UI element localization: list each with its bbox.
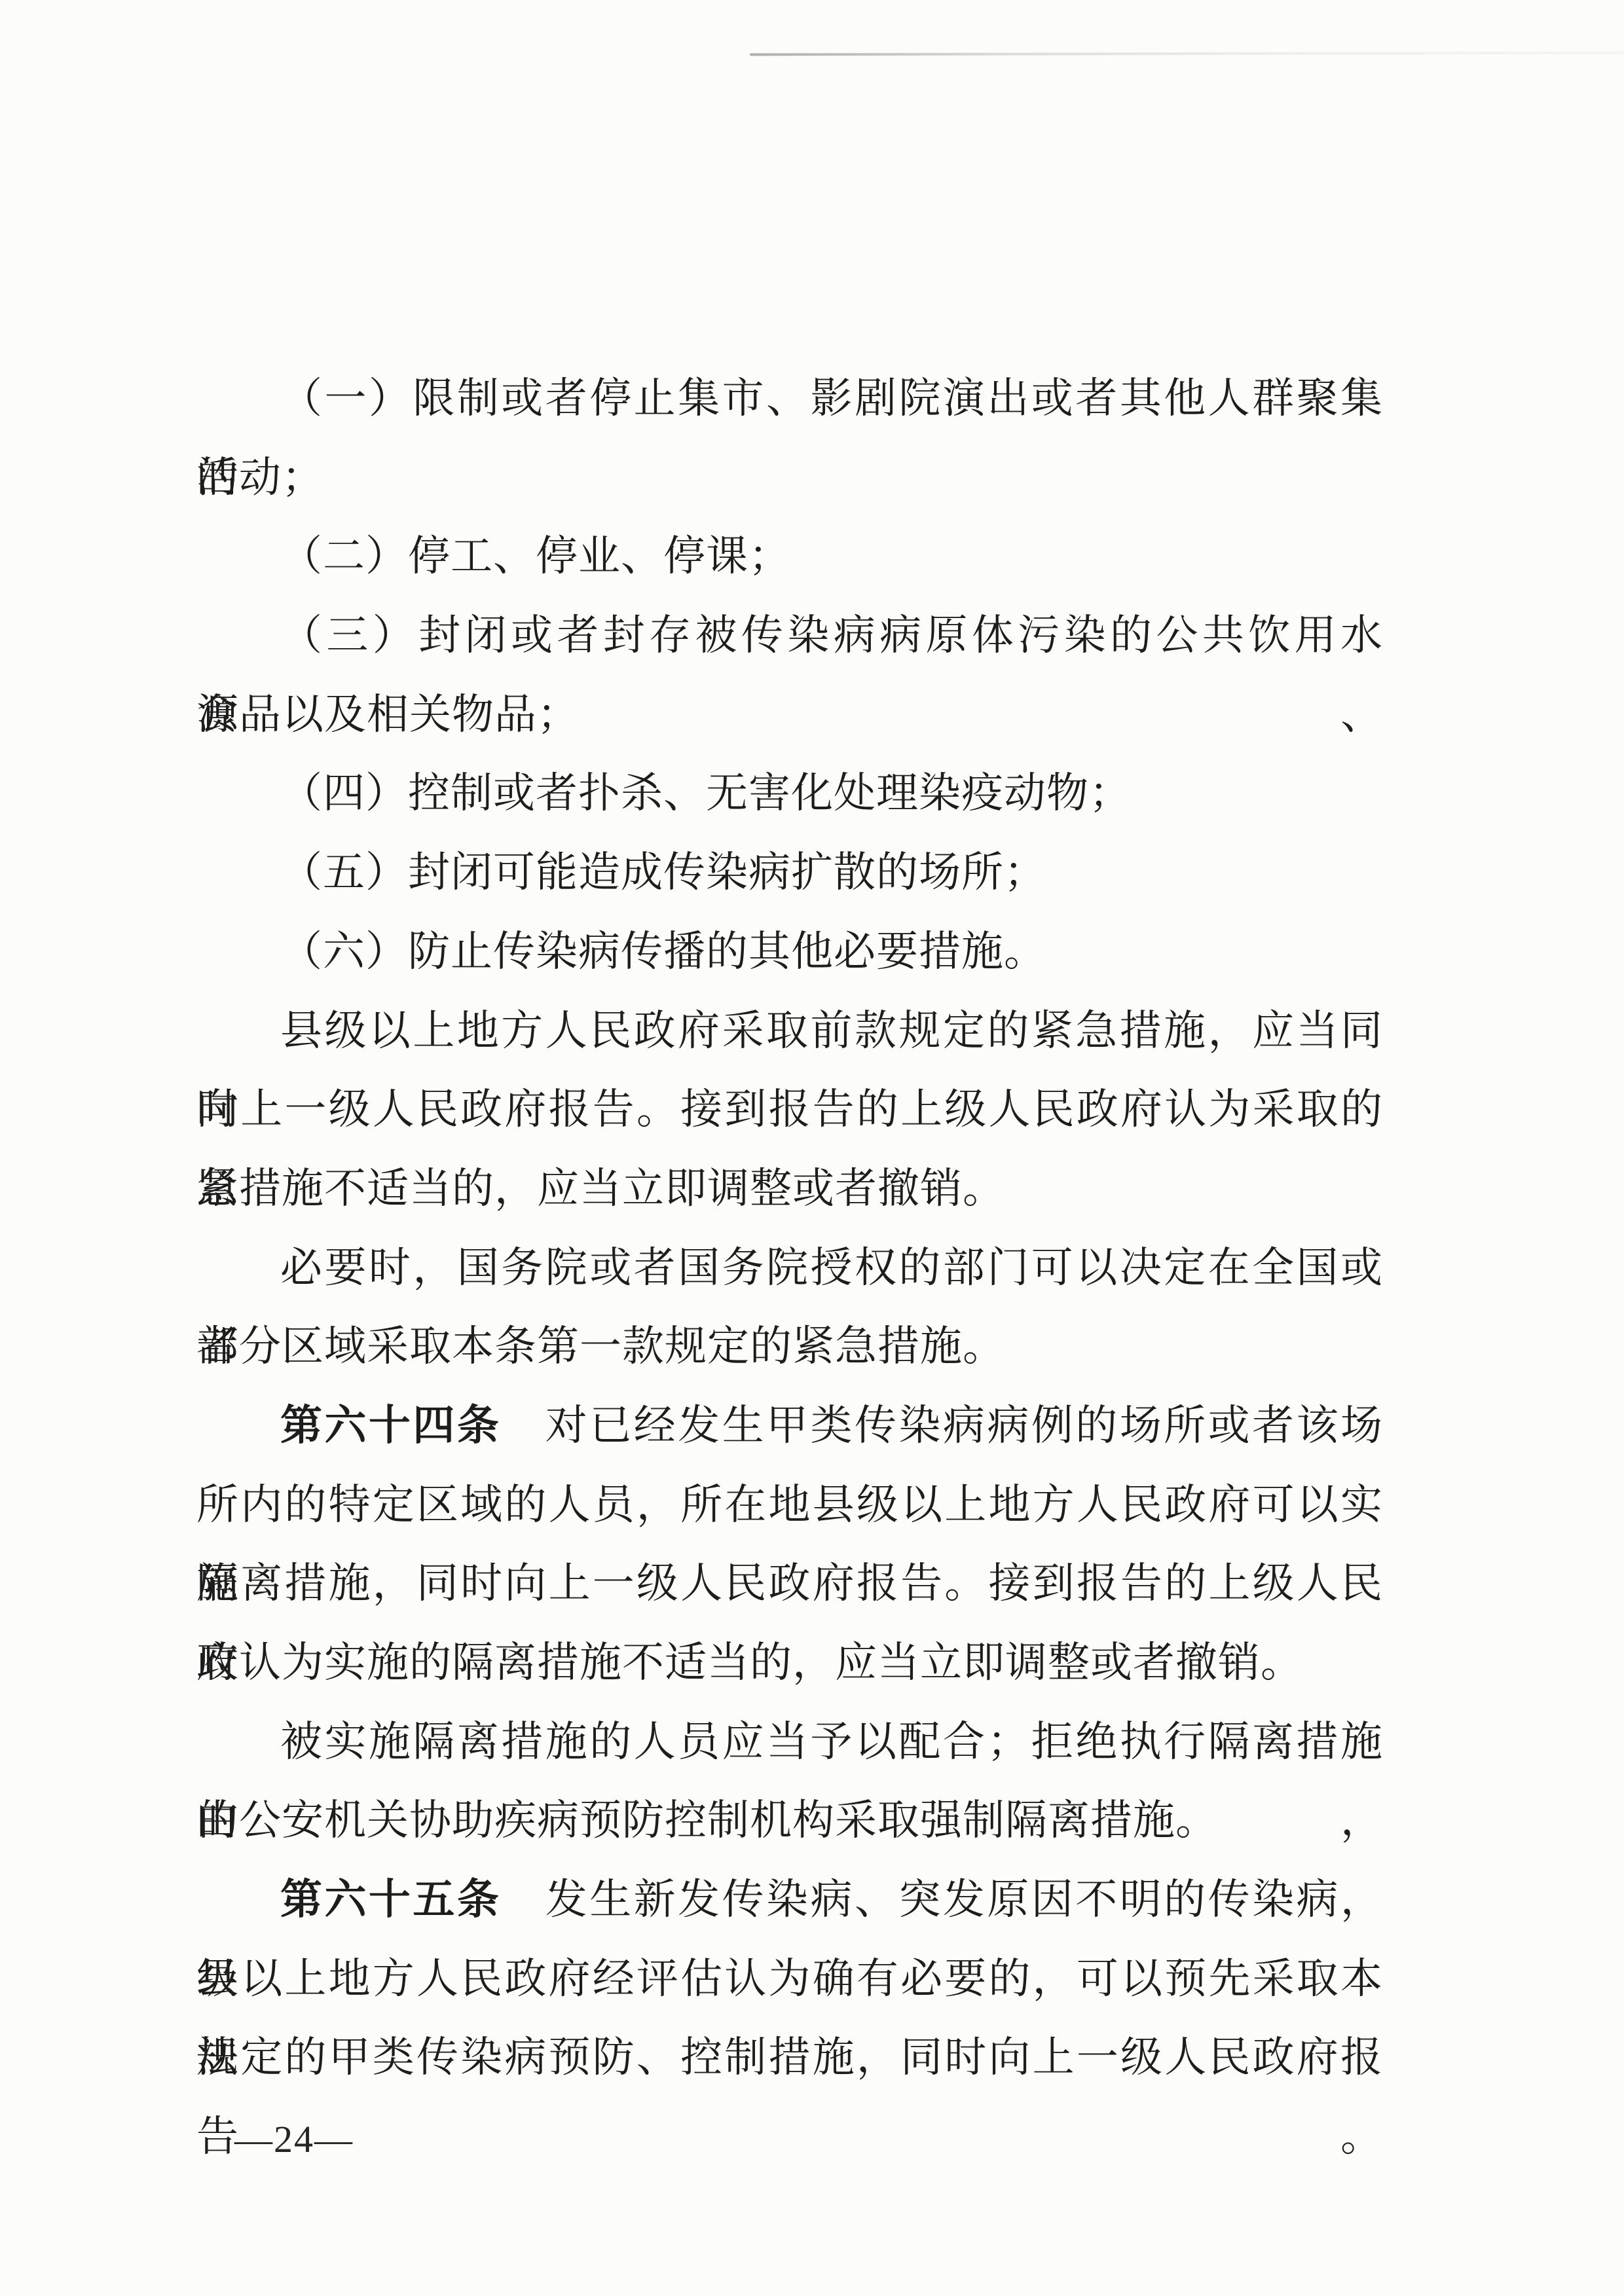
text-line: （一）限制或者停止集市、影剧院演出或者其他人群聚集的 xyxy=(196,359,1383,439)
text-segment: 规定的甲类传染病预防、控制措施，同时向上一级人民政府报告。 xyxy=(196,2034,1383,2160)
text-line: 向上一级人民政府报告。接到报告的上级人民政府认为采取的紧 xyxy=(196,1070,1383,1150)
text-segment: （二）停工、停业、停课； xyxy=(280,533,791,579)
text-segment: 府认为实施的隔离措施不适当的，应当立即调整或者撤销。 xyxy=(196,1639,1303,1686)
text-line: （三）封闭或者封存被传染病病原体污染的公共饮用水源、 xyxy=(196,596,1383,676)
text-segment: 急措施不适当的，应当立即调整或者撤销。 xyxy=(196,1165,1005,1212)
text-line: 被实施隔离措施的人员应当予以配合；拒绝执行隔离措施的， xyxy=(196,1703,1383,1782)
document-lines: （一）限制或者停止集市、影剧院演出或者其他人群聚集的活动；（二）停工、停业、停课… xyxy=(196,359,1383,2098)
text-line: 急措施不适当的，应当立即调整或者撤销。 xyxy=(196,1150,1383,1229)
text-line: 规定的甲类传染病预防、控制措施，同时向上一级人民政府报告。 xyxy=(196,2018,1383,2098)
text-line: 所内的特定区域的人员，所在地县级以上地方人民政府可以实施 xyxy=(196,1466,1383,1545)
text-line: （六）防止传染病传播的其他必要措施。 xyxy=(196,913,1383,992)
text-segment: 活动； xyxy=(196,454,324,501)
text-line: 第六十五条 发生新发传染病、突发原因不明的传染病，县 xyxy=(196,1861,1383,1940)
text-line: 部分区域采取本条第一款规定的紧急措施。 xyxy=(196,1307,1383,1387)
text-segment: （四）控制或者扑杀、无害化处理染疫动物； xyxy=(280,770,1132,816)
text-segment: 对已经发生甲类传染病病例的场所或者该场 xyxy=(501,1402,1383,1449)
document-page: （一）限制或者停止集市、影剧院演出或者其他人群聚集的活动；（二）停工、停业、停课… xyxy=(0,0,1624,2296)
text-segment: 由公安机关协助疾病预防控制机构采取强制隔离措施。 xyxy=(196,1797,1218,1844)
text-line: 必要时，国务院或者国务院授权的部门可以决定在全国或者 xyxy=(196,1229,1383,1308)
scan-artifact-line xyxy=(750,52,1624,56)
footer-page-number: —24— xyxy=(234,2120,354,2159)
text-line: 第六十四条 对已经发生甲类传染病病例的场所或者该场 xyxy=(196,1387,1383,1466)
text-line: 县级以上地方人民政府采取前款规定的紧急措施，应当同时 xyxy=(196,992,1383,1071)
text-line: （二）停工、停业、停课； xyxy=(196,517,1383,596)
text-line: 隔离措施，同时向上一级人民政府报告。接到报告的上级人民政 xyxy=(196,1544,1383,1624)
text-line: 府认为实施的隔离措施不适当的，应当立即调整或者撤销。 xyxy=(196,1624,1383,1703)
text-segment: 部分区域采取本条第一款规定的紧急措施。 xyxy=(196,1323,1005,1370)
text-line: 由公安机关协助疾病预防控制机构采取强制隔离措施。 xyxy=(196,1781,1383,1861)
text-line: （五）封闭可能造成传染病扩散的场所； xyxy=(196,833,1383,913)
article-number: 第六十五条 xyxy=(280,1876,501,1923)
text-line: （四）控制或者扑杀、无害化处理染疫动物； xyxy=(196,754,1383,833)
text-segment: （六）防止传染病传播的其他必要措施。 xyxy=(280,928,1046,975)
text-segment: 食品以及相关物品； xyxy=(196,691,580,738)
text-segment: （五）封闭可能造成传染病扩散的场所； xyxy=(280,849,1046,896)
text-line: 活动； xyxy=(196,439,1383,518)
article-number: 第六十四条 xyxy=(280,1402,501,1449)
text-line: 级以上地方人民政府经评估认为确有必要的，可以预先采取本法 xyxy=(196,1940,1383,2019)
